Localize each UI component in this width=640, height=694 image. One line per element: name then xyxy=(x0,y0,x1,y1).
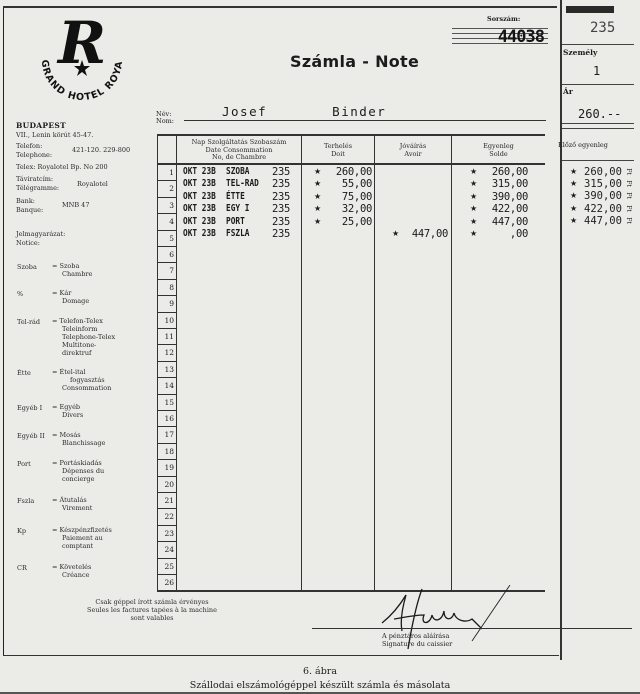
col-divider xyxy=(301,134,302,591)
name-label: Név: Nom: xyxy=(156,111,174,125)
legend-value: comptant xyxy=(62,543,93,551)
stub-separator xyxy=(560,0,562,660)
row-number: 23 xyxy=(158,526,176,542)
stub-persons-value: 1 xyxy=(593,64,600,78)
row-number: 21 xyxy=(158,493,176,509)
machine-note: Csak géppel írott számla érvényes Seules… xyxy=(62,598,242,622)
star-icon: ★ xyxy=(570,191,577,200)
row-balance: ,00 xyxy=(478,228,528,240)
stub-price-label: Ár xyxy=(563,87,573,96)
star-icon: ★ xyxy=(470,167,477,176)
legend-value: Domage xyxy=(62,298,89,306)
row-debit: 75,00 xyxy=(322,191,372,203)
row-date: OKT 23B xyxy=(183,166,216,177)
telex: Telex: Royalotel Bp. No 200 xyxy=(16,163,108,171)
stub-room-label-redacted xyxy=(566,6,614,13)
serial-label: Sorszám: xyxy=(487,15,520,23)
row-number: 8 xyxy=(158,280,176,296)
row-date: OKT 23B xyxy=(183,191,216,202)
row-debit: 25,00 xyxy=(322,216,372,228)
legend-key: % xyxy=(17,290,23,298)
row-number: 13 xyxy=(158,362,176,378)
row-number: 16 xyxy=(158,411,176,427)
hotel-address: VII., Lenin körút 45-47. xyxy=(16,131,93,139)
legend-value: direktruf xyxy=(62,350,91,358)
currency-suffix: Ft xyxy=(625,193,632,200)
row-number: 17 xyxy=(158,427,176,443)
row-number: 11 xyxy=(158,329,176,345)
star-icon: ★ xyxy=(470,217,477,226)
telephone-label-fr: Telephone: xyxy=(16,151,52,159)
row-date: OKT 23B xyxy=(183,228,216,239)
bottom-border xyxy=(3,655,559,656)
stub-price-value: 260.-- xyxy=(578,107,621,121)
star-icon: ★ xyxy=(314,192,321,201)
legend-key: Étte xyxy=(17,369,31,377)
row-number: 3 xyxy=(158,198,176,214)
serial-number-box: 44038 xyxy=(452,25,548,47)
star-icon: ★ xyxy=(570,204,577,213)
legend-value: Blanchissage xyxy=(62,440,105,448)
legend-value: concierge xyxy=(62,476,94,484)
row-room: 235 xyxy=(272,178,290,190)
stub-balance: 447,00 xyxy=(584,215,622,227)
figure-caption: Szállodai elszámológéppel készült számla… xyxy=(0,680,640,691)
signature-line xyxy=(312,628,632,629)
currency-suffix: Ft xyxy=(625,180,632,187)
bank-value: MNB 47 xyxy=(62,201,89,209)
row-service: EGY I xyxy=(226,203,249,214)
header-service: Nap Szolgáltatás Szobaszám Date Consomma… xyxy=(177,139,301,162)
star-icon: ★ xyxy=(470,192,477,201)
notice-label-fr: Notice: xyxy=(16,239,40,247)
telegram-label-fr: Télégramme: xyxy=(16,184,59,192)
row-number: 9 xyxy=(158,296,176,312)
row-room: 235 xyxy=(272,216,290,228)
guest-last-name: Binder xyxy=(332,104,386,119)
row-room: 235 xyxy=(272,203,290,215)
telephone-value: 421-120. 229-800 xyxy=(72,146,130,154)
notice-label-hu: Jelmagyarázat: xyxy=(16,230,65,238)
header-debit: Terhelés Doit xyxy=(302,143,374,158)
row-date: OKT 23B xyxy=(183,216,216,227)
row-number: 1 xyxy=(158,165,176,181)
stub-prev-balance-label: Előző egyenleg xyxy=(558,141,608,149)
stub-balance: 260,00 xyxy=(584,166,622,178)
legend-key: Kp xyxy=(17,527,26,535)
star-icon: ★ xyxy=(314,167,321,176)
telegram-value: Royalotel xyxy=(77,180,108,188)
row-date: OKT 23B xyxy=(183,203,216,214)
document-title: Számla - Note xyxy=(290,52,419,71)
stub-balance: 390,00 xyxy=(584,190,622,202)
row-number: 2 xyxy=(158,181,176,197)
legend-key: Szoba xyxy=(17,263,37,271)
star-icon: ★ xyxy=(470,204,477,213)
legend-key: Port xyxy=(17,460,31,468)
hotel-city: BUDAPEST xyxy=(16,121,66,130)
table-header-rule xyxy=(157,163,545,165)
name-label-fr: Nom: xyxy=(156,118,174,125)
row-number: 25 xyxy=(158,559,176,575)
stub-balance: 422,00 xyxy=(584,203,622,215)
telephone-label-hu: Telefon: xyxy=(16,142,42,150)
row-number: 18 xyxy=(158,444,176,460)
star-icon: ★ xyxy=(470,229,477,238)
row-number: 12 xyxy=(158,345,176,361)
guest-name: Josef Binder xyxy=(222,104,386,119)
row-service: PORT xyxy=(226,216,245,227)
left-border xyxy=(3,6,4,656)
stub-balance: 315,00 xyxy=(584,178,622,190)
currency-suffix: Ft xyxy=(625,168,632,175)
legend-key: Egyéb II xyxy=(17,432,45,440)
col-divider xyxy=(451,134,452,591)
legend-key: Egyéb I xyxy=(17,404,42,412)
row-date: OKT 23B xyxy=(183,178,216,189)
row-debit: 260,00 xyxy=(322,166,372,178)
star-icon: ★ xyxy=(570,216,577,225)
row-number: 7 xyxy=(158,263,176,279)
row-number: 5 xyxy=(158,231,176,247)
stub-room-value: 235 xyxy=(590,20,615,36)
telegram-label-hu: Táviratcím: xyxy=(16,175,53,183)
serial-number: 44038 xyxy=(498,27,544,47)
row-balance: 315,00 xyxy=(478,178,528,190)
row-number: 26 xyxy=(158,575,176,591)
row-balance: 260,00 xyxy=(478,166,528,178)
row-credit: 447,00 xyxy=(398,228,448,240)
legend-value: Divers xyxy=(62,412,83,420)
currency-suffix: Ft xyxy=(625,205,632,212)
row-service: SZOBA xyxy=(226,166,249,177)
legend-value: Consommation xyxy=(62,385,111,393)
signature-label: A pénztáros aláírása Signature du caissi… xyxy=(382,632,452,648)
row-number: 19 xyxy=(158,460,176,476)
star-icon: ★ xyxy=(470,179,477,188)
row-number: 10 xyxy=(158,313,176,329)
row-room: 235 xyxy=(272,166,290,178)
legend-key: Fszla xyxy=(17,497,34,505)
row-room: 235 xyxy=(272,191,290,203)
row-number: 24 xyxy=(158,542,176,558)
star-icon: ★ xyxy=(570,179,577,188)
row-number: 20 xyxy=(158,477,176,493)
currency-suffix: Ft xyxy=(625,217,632,224)
star-icon: ★ xyxy=(314,204,321,213)
row-balance: 422,00 xyxy=(478,203,528,215)
legend-value: Créance xyxy=(62,572,89,580)
figure-number: 6. ábra xyxy=(0,666,640,677)
star-icon: ★ xyxy=(314,179,321,188)
svg-text:GRAND HOTEL ROYAL: GRAND HOTEL ROYAL xyxy=(34,56,125,103)
header-credit: Jóváírás Avoir xyxy=(375,143,451,158)
stub-persons-label: Személy xyxy=(563,48,597,57)
bank-label-hu: Bank: xyxy=(16,197,35,205)
row-number: 15 xyxy=(158,395,176,411)
legend-value: Virement xyxy=(62,505,92,513)
col-divider xyxy=(176,134,177,591)
header-balance: Egyenleg Solde xyxy=(452,143,545,158)
row-number: 6 xyxy=(158,247,176,263)
star-icon: ★ xyxy=(314,217,321,226)
row-number: 14 xyxy=(158,378,176,394)
star-icon: ★ xyxy=(570,167,577,176)
hotel-logo-icon: GRAND HOTEL ROYAL xyxy=(34,56,130,104)
guest-first-name: Josef xyxy=(222,104,267,119)
row-balance: 390,00 xyxy=(478,191,528,203)
legend-key: Tel-rád xyxy=(17,318,40,326)
row-room: 235 xyxy=(272,228,290,240)
row-balance: 447,00 xyxy=(478,216,528,228)
bank-label-fr: Banque: xyxy=(16,206,43,214)
row-service: ÉTTE xyxy=(226,191,245,202)
top-border xyxy=(3,6,557,8)
name-underline xyxy=(184,120,546,121)
row-number: 22 xyxy=(158,509,176,525)
row-debit: 55,00 xyxy=(322,178,372,190)
row-service: TEL-RAD xyxy=(226,178,259,189)
table-top-rule xyxy=(157,134,545,136)
legend-key: CR xyxy=(17,564,27,572)
col-divider xyxy=(374,134,375,591)
row-debit: 32,00 xyxy=(322,203,372,215)
row-number: 4 xyxy=(158,214,176,230)
row-service: FSZLA xyxy=(226,228,249,239)
legend-value: Chambre xyxy=(62,271,92,279)
